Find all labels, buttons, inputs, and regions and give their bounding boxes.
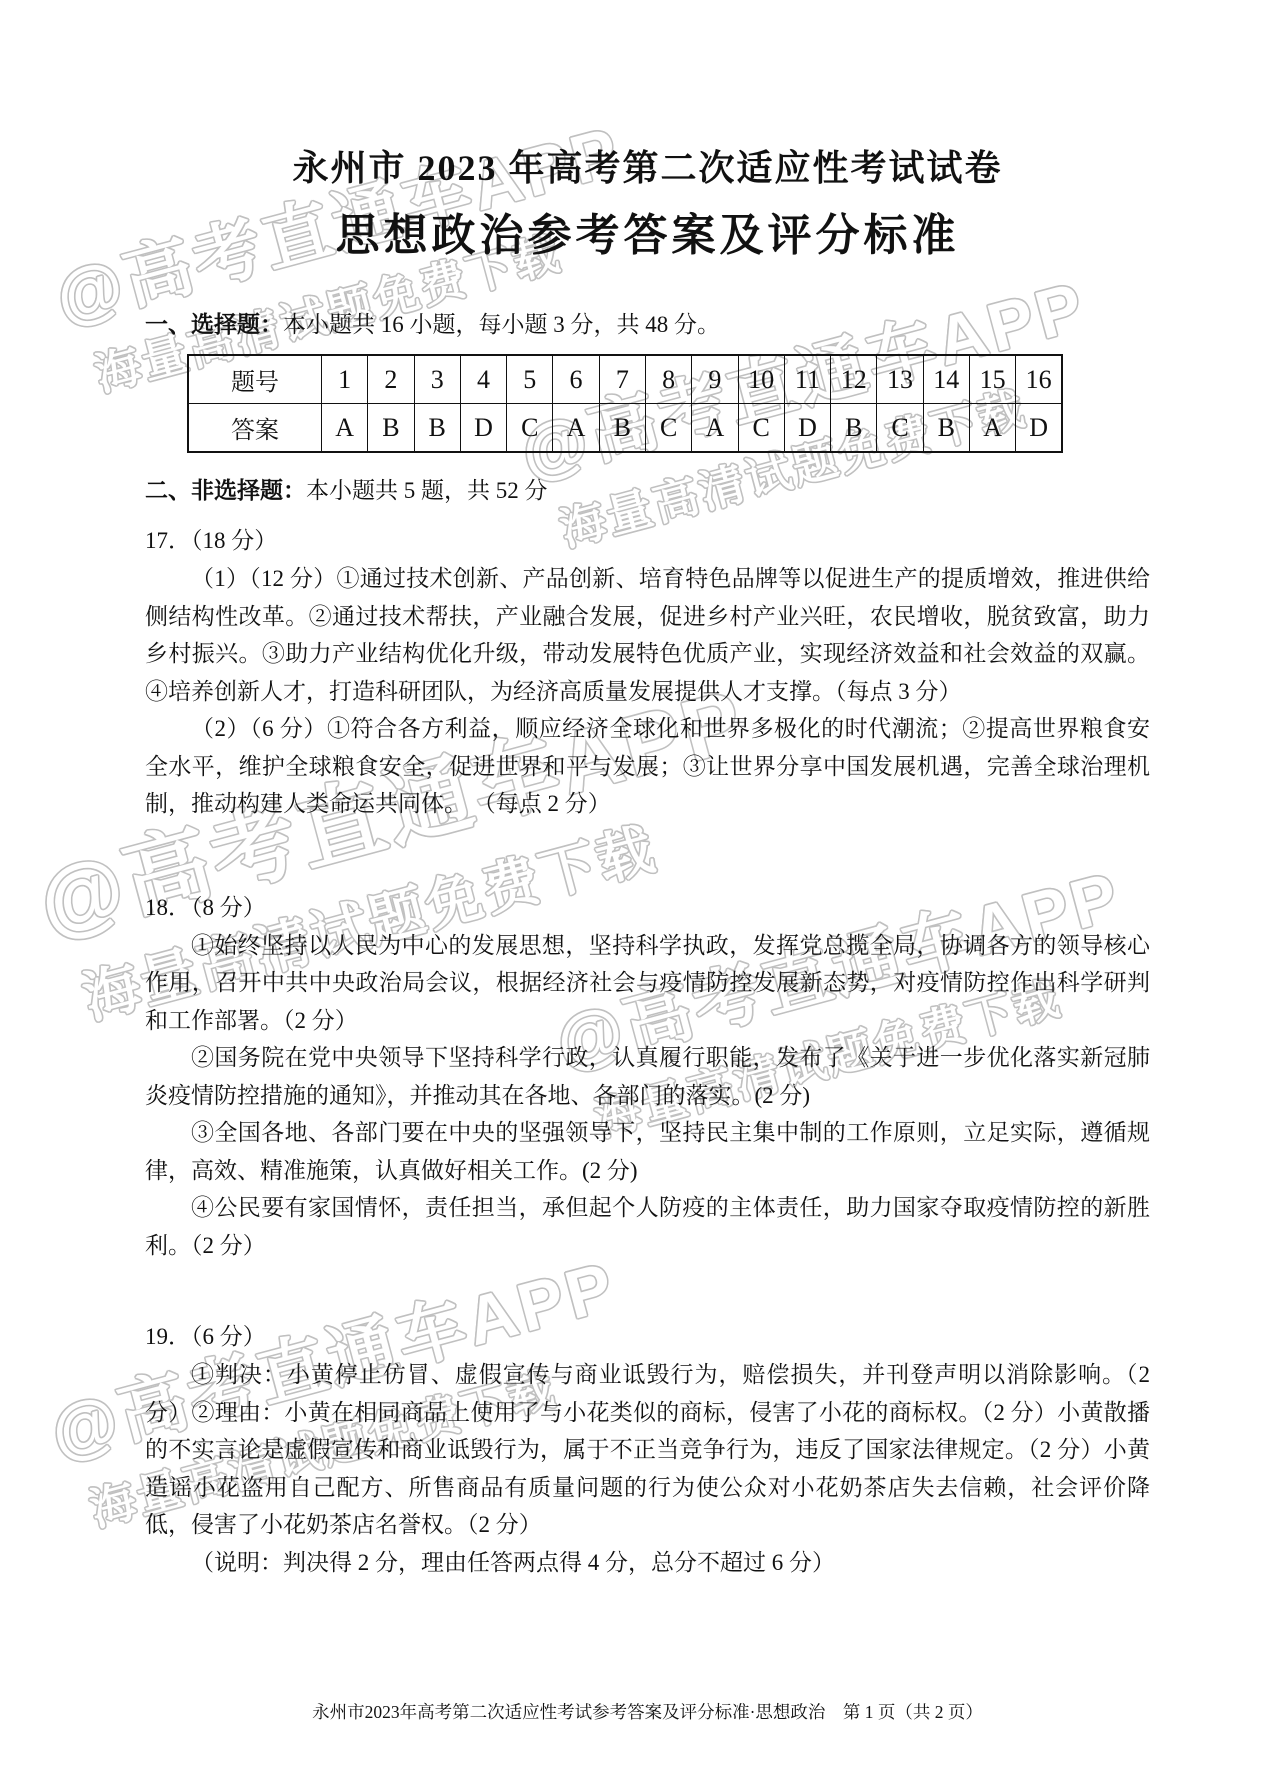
answer-cell: A <box>969 404 1015 453</box>
question-number-cell: 12 <box>831 355 877 404</box>
answer-cell: B <box>923 404 969 453</box>
section-1-heading: 一、选择题：本小题共 16 小题，每小题 3 分，共 48 分。 <box>145 305 1150 344</box>
answer-row-label: 答案 <box>188 404 322 453</box>
question-number-row: 题号 12345678910111213141516 <box>188 355 1062 404</box>
page-footer: 永州市2023年高考第二次适应性考试参考答案及评分标准·思想政治 第 1 页（共… <box>145 1699 1150 1724</box>
question-number-cell: 15 <box>969 355 1015 404</box>
answer-cell: C <box>738 404 784 453</box>
question-18: 18．（8 分） ①始终坚持以人民为中心的发展思想，坚持科学执政，发挥党总揽全局… <box>145 889 1150 1265</box>
answer-cell: A <box>322 404 368 453</box>
answer-cell: C <box>645 404 691 453</box>
answer-cell: C <box>507 404 553 453</box>
question-number-cell: 14 <box>923 355 969 404</box>
question-18-answer-point1: ①始终坚持以人民为中心的发展思想，坚持科学执政，发挥党总揽全局，协调各方的领导核… <box>145 927 1150 1040</box>
answer-cell: B <box>599 404 645 453</box>
answer-table: 题号 12345678910111213141516 答案 ABBDCABCAC… <box>187 354 1063 453</box>
section-2-heading-rest: 本小题共 5 题，共 52 分 <box>306 478 548 503</box>
question-number-cell: 5 <box>507 355 553 404</box>
question-19-answer: ①判决：小黄停止仿冒、虚假宣传与商业诋毁行为，赔偿损失，并刊登声明以消除影响。（… <box>145 1356 1150 1544</box>
question-number-row-label: 题号 <box>188 355 322 404</box>
section-2-heading-lead: 二、非选择题： <box>145 477 306 503</box>
question-number-cell: 13 <box>877 355 923 404</box>
question-number-cell: 1 <box>322 355 368 404</box>
answer-cell: B <box>831 404 877 453</box>
exam-answer-sheet: 永州市 2023 年高考第二次适应性考试试卷 思想政治参考答案及评分标准 一、选… <box>0 0 1280 1724</box>
question-17-answer-part2: （2）（6 分）①符合各方利益，顺应经济全球化和世界多极化的时代潮流；②提高世界… <box>145 710 1150 823</box>
section-1-heading-lead: 一、选择题： <box>145 311 283 337</box>
answer-cell: A <box>692 404 738 453</box>
question-number-cell: 16 <box>1016 355 1062 404</box>
section-2-heading: 二、非选择题：本小题共 5 题，共 52 分 <box>145 471 1150 510</box>
question-number-cell: 10 <box>738 355 784 404</box>
question-number-cell: 11 <box>784 355 830 404</box>
answer-cell: A <box>553 404 599 453</box>
question-19-scoring-note: （说明：判决得 2 分，理由任答两点得 4 分，总分不超过 6 分） <box>145 1544 1150 1582</box>
question-number-cell: 4 <box>460 355 506 404</box>
answer-cell: B <box>368 404 414 453</box>
answer-cell: C <box>877 404 923 453</box>
question-17-number: 17．（18 分） <box>145 522 1150 560</box>
question-19: 19．（6 分） ①判决：小黄停止仿冒、虚假宣传与商业诋毁行为，赔偿损失，并刊登… <box>145 1318 1150 1581</box>
answer-row: 答案 ABBDCABCACDBCBAD <box>188 404 1062 453</box>
question-number-cell: 3 <box>414 355 460 404</box>
exam-title: 永州市 2023 年高考第二次适应性考试试卷 <box>145 140 1150 191</box>
question-number-cell: 8 <box>645 355 691 404</box>
question-18-answer-point4: ④公民要有家国情怀，责任担当，承但起个人防疫的主体责任，助力国家夺取疫情防控的新… <box>145 1189 1150 1264</box>
question-18-answer-point3: ③全国各地、各部门要在中央的坚强领导下，坚持民主集中制的工作原则，立足实际，遵循… <box>145 1114 1150 1189</box>
answer-cell: D <box>1016 404 1062 453</box>
question-number-cell: 9 <box>692 355 738 404</box>
question-17: 17．（18 分） （1）（12 分）①通过技术创新、产品创新、培育特色品牌等以… <box>145 522 1150 823</box>
section-1-heading-rest: 本小题共 16 小题，每小题 3 分，共 48 分。 <box>283 312 720 337</box>
question-number-cell: 6 <box>553 355 599 404</box>
question-18-number: 18．（8 分） <box>145 889 1150 927</box>
question-number-cell: 7 <box>599 355 645 404</box>
answer-cell: B <box>414 404 460 453</box>
subject-title: 思想政治参考答案及评分标准 <box>145 199 1150 263</box>
question-18-answer-point2: ②国务院在党中央领导下坚持科学行政，认真履行职能，发布了《关于进一步优化落实新冠… <box>145 1039 1150 1114</box>
answer-cell: D <box>460 404 506 453</box>
answer-cell: D <box>784 404 830 453</box>
question-17-answer-part1: （1）（12 分）①通过技术创新、产品创新、培育特色品牌等以促进生产的提质增效，… <box>145 560 1150 710</box>
question-number-cell: 2 <box>368 355 414 404</box>
question-19-number: 19．（6 分） <box>145 1318 1150 1356</box>
